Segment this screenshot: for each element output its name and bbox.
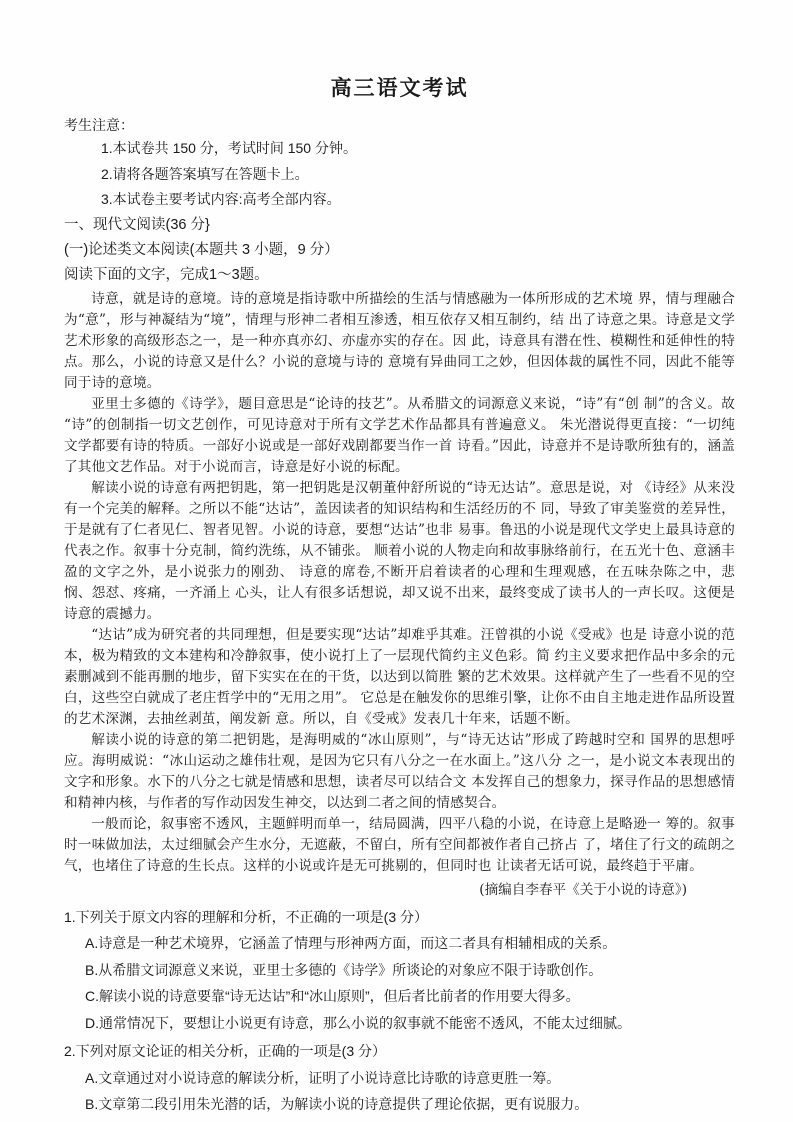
question-1-option-b: B.从希腊文词源意义来说，亚里士多德的《诗学》所谈论的对象应不限于诗歌创作。 xyxy=(85,957,735,984)
question-2-stem: 2.下列对原文论证的相关分析，正确的一项是(3 分） xyxy=(64,1038,735,1065)
question-1: 1.下列关于原文内容的理解和分析，不正确的一项是(3 分） A.诗意是一种艺术境… xyxy=(64,904,735,1037)
notice-label: 考生注意： xyxy=(64,114,735,136)
passage-attribution: (摘编自李春平《关于小说的诗意》) xyxy=(64,878,735,902)
candidate-notice: 考生注意： 1.本试卷共 150 分，考试时间 150 分钟。 2.请将各题答案… xyxy=(64,114,735,213)
question-1-option-a: A.诗意是一种艺术境界，它涵盖了情理与形神两方面，而这二者具有相辅相成的关系。 xyxy=(85,930,735,957)
reading-instruction: 阅读下面的文字，完成1～3题。 xyxy=(64,263,735,288)
question-1-option-d: D.通常情况下，要想让小说更有诗意，那么小说的叙事就不能密不透风，不能太过细腻。 xyxy=(85,1010,735,1037)
reading-passage: 诗意，就是诗的意境。诗的意境是指诗歌中所描绘的生活与情感融为一体所形成的艺术境 … xyxy=(64,289,735,902)
question-2: 2.下列对原文论证的相关分析，正确的一项是(3 分） A.文章通过对小说诗意的解… xyxy=(64,1038,735,1118)
question-2-option-a: A.文章通过对小说诗意的解读分析，证明了小说诗意比诗歌的诗意更胜一筹。 xyxy=(85,1065,735,1092)
passage-paragraph: “达诂”成为研究者的共同理想，但是要实现“达诂”却难乎其难。汪曾祺的小说《受戒》… xyxy=(64,625,735,730)
passage-paragraph: 亚里士多德的《诗学》，题目意思是“论诗的技艺”。从希腊文的词源意义来说，“诗”有… xyxy=(64,394,735,478)
exam-paper-page: 高三语文考试 考生注意： 1.本试卷共 150 分，考试时间 150 分钟。 2… xyxy=(0,0,793,1122)
passage-paragraph: 一般而论，叙事密不透风，主题鲜明而单一，结局圆满，四平八稳的小说，在诗意上是略逊… xyxy=(64,814,735,877)
page-title: 高三语文考试 xyxy=(64,72,735,102)
question-2-option-b: B.文章第二段引用朱光潜的话，为解读小说的诗意提供了理论依据，更有说服力。 xyxy=(85,1091,735,1118)
question-1-stem: 1.下列关于原文内容的理解和分析，不正确的一项是(3 分） xyxy=(64,904,735,931)
section-heading: 一、现代文阅读(36 分} xyxy=(64,213,735,238)
passage-paragraph: 诗意，就是诗的意境。诗的意境是指诗歌中所描绘的生活与情感融为一体所形成的艺术境 … xyxy=(64,289,735,394)
notice-item-3: 3.本试卷主要考试内容:高考全部内容。 xyxy=(101,187,735,213)
passage-paragraph: 解读小说的诗意有两把钥匙，第一把钥匙是汉朝董仲舒所说的“诗无达诂”。意思是说，对… xyxy=(64,478,735,625)
notice-item-1: 1.本试卷共 150 分，考试时间 150 分钟。 xyxy=(101,136,735,162)
question-1-option-c: C.解读小说的诗意要靠“诗无达诂”和“冰山原则”，但后者比前者的作用要大得多。 xyxy=(85,983,735,1010)
notice-item-2: 2.请将各题答案填写在答题卡上。 xyxy=(101,162,735,188)
subsection-heading: (一)论述类文本阅读(本题共 3 小题，9 分） xyxy=(64,238,735,263)
passage-paragraph: 解读小说的诗意的第二把钥匙，是海明威的“冰山原则”，与“诗无达诂”形成了跨越时空… xyxy=(64,730,735,814)
